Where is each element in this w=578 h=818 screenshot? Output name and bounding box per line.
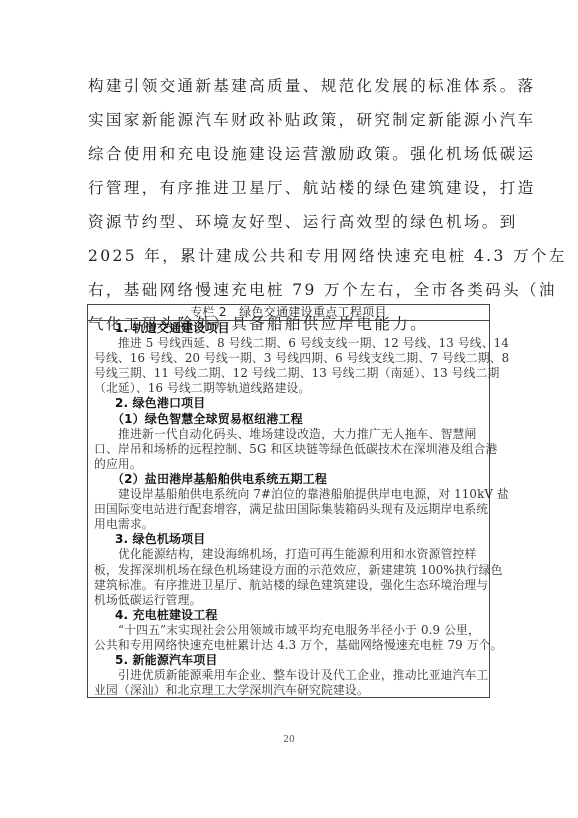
box-text-line: 口、岸吊和场桥的远程控制、5G 和区块链等绿色低碳技术在深圳港及组合港 (94, 442, 485, 457)
section-heading: 1. 轨道交通建设项目 (94, 321, 485, 336)
section-heading: 4. 充电桩建设工程 (94, 608, 485, 623)
box-text-line: 机场低碳运行管理。 (94, 593, 485, 608)
box-text-line: 的应用。 (94, 457, 485, 472)
box-text-line: 推进 5 号线西延、8 号线二期、6 号线支线一期、12 号线、13 号线、14 (94, 336, 485, 351)
body-paragraph: 构建引领交通新基建高质量、规范化发展的标准体系。落 实国家新能源汽车财政补贴政策… (88, 69, 493, 341)
paragraph-line: 2025 年，累计建成公共和专用网络快速充电桩 4.3 万个左 (88, 239, 493, 273)
paragraph-line: 右，基础网络慢速充电桩 79 万个左右，全市各类码头（油 (88, 273, 493, 307)
box-text-line: “十四五”末实现社会公用领域市域平均充电服务半径小于 0.9 公里， (94, 623, 485, 638)
box-text-line: 公共和专用网络快速充电桩累计达 4.3 万个，基础网络慢速充电桩 79 万个。 (94, 638, 485, 653)
paragraph-line: 行管理，有序推进卫星厅、航站楼的绿色建筑建设，打造 (88, 171, 493, 205)
box-text-line: （北延）、16 号线二期等轨道线路建设。 (94, 381, 485, 396)
feature-box-green-transport: 专栏 2 绿色交通建设重点工程项目 1. 轨道交通建设项目推进 5 号线西延、8… (87, 304, 490, 698)
box-text-line: 板，发挥深圳机场在绿色机场建设方面的示范效应，新建建筑 100%执行绿色 (94, 563, 485, 578)
section-heading: 5. 新能源汽车项目 (94, 653, 485, 668)
box-text-line: 推进新一代自动化码头、堆场建设改造，大力推广无人拖车、智慧闸 (94, 427, 485, 442)
box-text-line: 业园（深汕）和北京理工大学深圳汽车研究院建设。 (94, 683, 485, 698)
box-text-line: 建筑标准。有序推进卫星厅、航站楼的绿色建筑建设，强化生态环境治理与 (94, 578, 485, 593)
subsection-heading: （2）盐田港岸基船舶供电系统五期工程 (94, 472, 485, 487)
box-text-line: 号线三期、11 号线二期、12 号线二期、13 号线二期（南延）、13 号线二期 (94, 366, 485, 381)
box-title: 专栏 2 绿色交通建设重点工程项目 (88, 305, 489, 321)
box-text-line: 建设岸基船舶供电系统向 7#泊位的靠港船舶提供岸电电源，对 110kV 盐 (94, 487, 485, 502)
box-text-line: 田国际变电站进行配套增容，满足盐田国际集装箱码头现有及远期岸电系统 (94, 502, 485, 517)
box-text-line: 引进优质新能源乘用车企业、整车设计及代工企业，推动比亚迪汽车工 (94, 668, 485, 683)
paragraph-line: 实国家新能源汽车财政补贴政策，研究制定新能源小汽车 (88, 103, 493, 137)
paragraph-line: 资源节约型、环境友好型、运行高效型的绿色机场。到 (88, 205, 493, 239)
paragraph-line: 综合使用和充电设施建设运营激励政策。强化机场低碳运 (88, 137, 493, 171)
section-heading: 2. 绿色港口项目 (94, 396, 485, 411)
box-body: 1. 轨道交通建设项目推进 5 号线西延、8 号线二期、6 号线支线一期、12 … (88, 321, 489, 698)
box-text-line: 用电需求。 (94, 517, 485, 532)
section-heading: 3. 绿色机场项目 (94, 532, 485, 547)
box-text-line: 优化能源结构，建设海绵机场，打造可再生能源利用和水资源管控样 (94, 547, 485, 562)
paragraph-line: 构建引领交通新基建高质量、规范化发展的标准体系。落 (88, 69, 493, 103)
subsection-heading: （1）绿色智慧全球贸易枢纽港工程 (94, 412, 485, 427)
page-number: 20 (0, 735, 578, 745)
box-text-line: 号线、16 号线、20 号线一期、3 号线四期、6 号线支线二期、7 号线二期、… (94, 351, 485, 366)
